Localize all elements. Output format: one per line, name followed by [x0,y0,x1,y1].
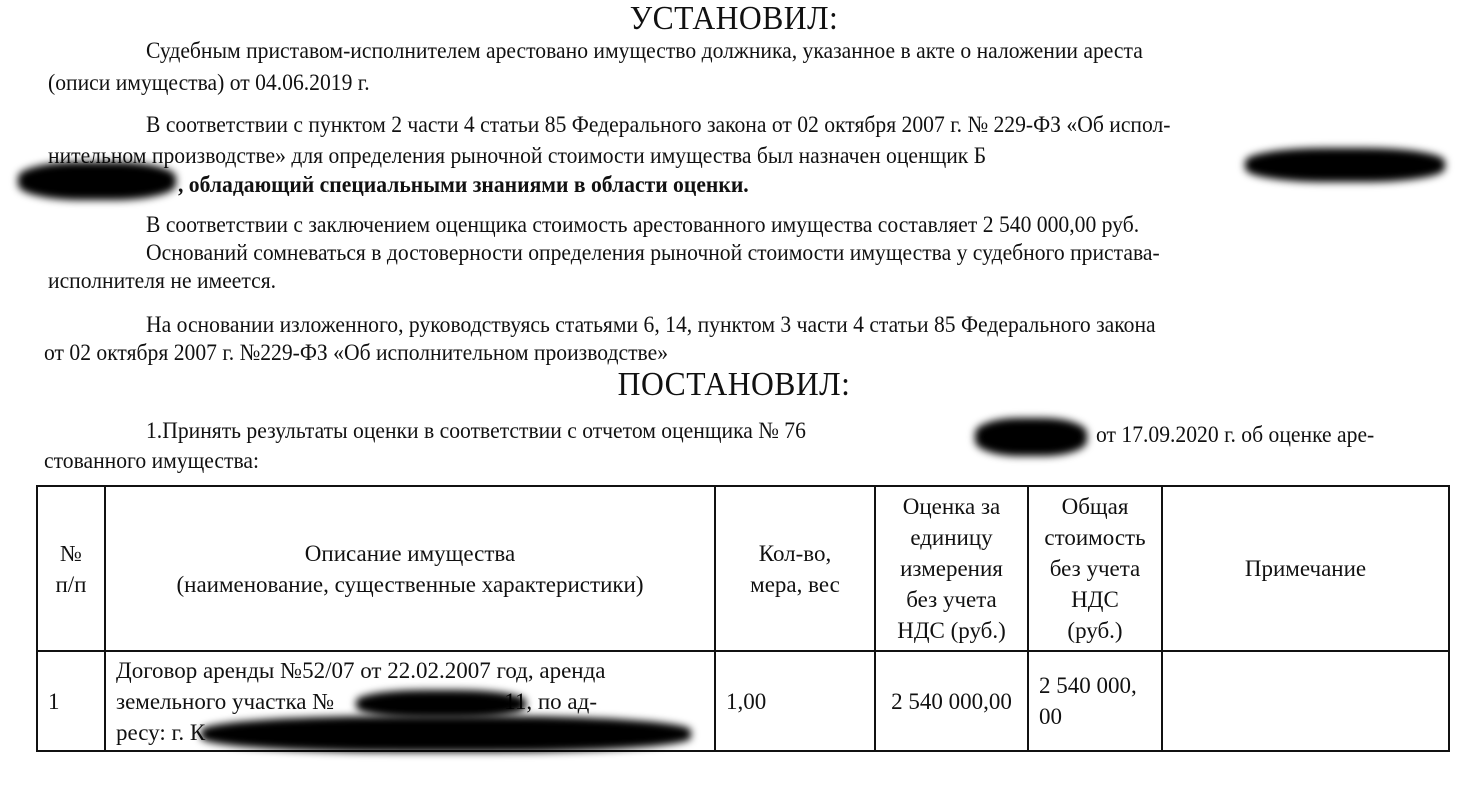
header-unit-price-line: Оценка за [886,491,1017,522]
resolution-line-1-end: от 17.09.2020 г. об оценке аре- [1096,422,1374,449]
header-number: № п/п [37,486,105,651]
paragraph-1-line-1: Судебным приставом-исполнителем арестова… [146,38,1143,65]
header-unit-price-line: без учета [886,584,1017,615]
redaction-report-number [975,418,1087,456]
heading-established: УСТАНОВИЛ: [51,0,1416,38]
header-quantity-line: мера, вес [726,569,864,600]
header-quantity: Кол-во, мера, вес [715,486,875,651]
header-total-line: без учета [1039,553,1151,584]
redaction-appraiser-name [1245,148,1445,182]
header-number-line: п/п [48,569,94,600]
cell-note [1162,651,1449,751]
description-line-1: Договор аренды №52/07 от 22.02.2007 год,… [116,655,704,686]
paragraph-3-line-1: В соответствии с заключением оценщика ст… [146,212,1139,239]
paragraph-2-line-3: , обладающий специальными знаниями в обл… [178,172,749,199]
paragraph-5-line-2: от 02 октября 2007 г. №229-ФЗ «Об исполн… [44,340,668,367]
paragraph-4-line-1: Оснований сомневаться в достоверности оп… [146,240,1160,267]
header-unit-price-line: НДС (руб.) [886,615,1017,646]
cell-quantity: 1,00 [715,651,875,751]
cell-total-line-2: 00 [1039,701,1151,732]
table-header-row: № п/п Описание имущества (наименование, … [37,486,1449,651]
paragraph-2-line-2: нительном производстве» для определения … [48,143,986,170]
header-number-line: № [48,538,94,569]
table-row: 1 Договор аренды №52/07 от 22.02.2007 го… [37,651,1449,751]
header-unit-price-line: измерения [886,553,1017,584]
paragraph-4-line-2: исполнителя не имеется. [48,268,276,295]
header-total-line: (руб.) [1039,615,1151,646]
property-table: № п/п Описание имущества (наименование, … [36,485,1450,752]
header-total-line: Общая [1039,491,1151,522]
header-unit-price: Оценка за единицу измерения без учета НД… [875,486,1028,651]
cell-number: 1 [37,651,105,751]
header-description: Описание имущества (наименование, сущест… [105,486,715,651]
cell-unit-price: 2 540 000,00 [875,651,1028,751]
header-description-line: Описание имущества [116,538,704,569]
header-quantity-line: Кол-во, [726,538,864,569]
cell-description: Договор аренды №52/07 от 22.02.2007 год,… [105,651,715,751]
resolution-line-1-start: 1.Принять результаты оценки в соответств… [146,418,806,445]
resolution-line-2: стованного имущества: [44,448,259,475]
header-note: Примечание [1162,486,1449,651]
paragraph-2-line-1: В соответствии с пунктом 2 части 4 стать… [146,112,1171,139]
document-page: УСТАНОВИЛ: Судебным приставом-исполнител… [0,0,1468,796]
header-unit-price-line: единицу [886,522,1017,553]
paragraph-1-line-2: (описи имущества) от 04.06.2019 г. [48,70,370,97]
cell-total-line-1: 2 540 000, [1039,670,1151,701]
header-total-line: НДС [1039,584,1151,615]
header-total: Общая стоимость без учета НДС (руб.) [1028,486,1162,651]
redaction-appraiser-name-cont [18,162,176,200]
paragraph-5-line-1: На основании изложенного, руководствуясь… [146,312,1156,339]
description-line-2-start: земельного участка № [116,689,334,714]
redaction-plot-number [356,690,526,718]
redaction-address [201,716,691,752]
header-description-line: (наименование, существенные характеристи… [116,569,704,600]
header-total-line: стоимость [1039,522,1151,553]
header-note-line: Примечание [1173,553,1438,584]
cell-total: 2 540 000, 00 [1028,651,1162,751]
heading-resolved: ПОСТАНОВИЛ: [51,366,1416,404]
